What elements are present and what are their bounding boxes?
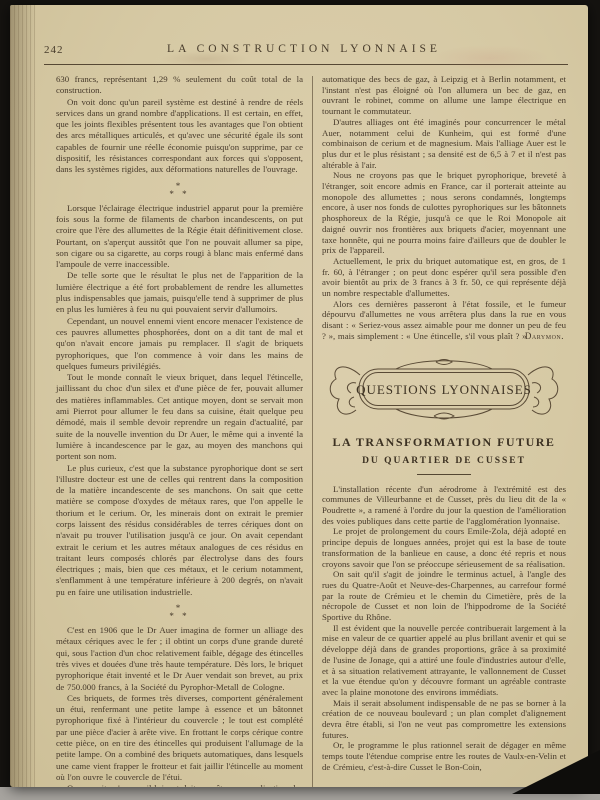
paragraph: 630 francs, représentant 1,29 % seulemen… xyxy=(56,74,303,97)
paragraph: Lorsque l'éclairage électrique industrie… xyxy=(56,203,303,271)
paragraph: On conçoit qu'un pareil briquet doit se … xyxy=(56,783,303,787)
article-subheadline: DU QUARTIER DE CUSSET xyxy=(322,456,566,466)
banner-left-curls xyxy=(347,382,356,406)
book-page-edges xyxy=(10,5,36,787)
paragraph: C'est en 1906 que le Dr Auer imagina de … xyxy=(56,625,303,693)
article-headline: LA TRANSFORMATION FUTURE xyxy=(322,435,566,450)
headline-rule xyxy=(417,474,471,475)
banner-title: QUESTIONS LYONNAISES xyxy=(356,382,532,397)
desk-surface xyxy=(0,787,600,800)
journal-title: LA CONSTRUCTION LYONNAISE xyxy=(44,43,564,55)
paragraph: automatique des becs de gaz, à Leipzig e… xyxy=(322,74,566,117)
paragraph: Tout le monde connaît le vieux briquet, … xyxy=(56,372,303,462)
paragraph: On sait qu'il s'agit de joindre le termi… xyxy=(322,569,566,623)
paragraph: Mais il serait absolument indispensable … xyxy=(322,698,566,741)
asterism-divider: * * * xyxy=(56,182,303,198)
left-column: 630 francs, représentant 1,29 % seulemen… xyxy=(56,74,303,787)
banner-right-curls xyxy=(532,382,541,406)
paragraph: On voit donc qu'un pareil système est de… xyxy=(56,97,303,176)
paragraph: L'installation récente d'un aérodrome à … xyxy=(322,484,566,527)
article-headline-block: LA TRANSFORMATION FUTURE DU QUARTIER DE … xyxy=(322,435,566,475)
paragraph: Actuellement, le prix du briquet automat… xyxy=(322,256,566,299)
paragraph: Or, le programme le plus rationnel serai… xyxy=(322,740,566,772)
right-column: automatique des becs de gaz, à Leipzig e… xyxy=(322,74,566,787)
paragraph: Nous ne croyons pas que le briquet pyrop… xyxy=(322,170,566,256)
asterism-divider: * * * xyxy=(56,604,303,620)
scanned-journal-page: 242 LA CONSTRUCTION LYONNAISE 630 francs… xyxy=(10,5,588,787)
text-columns: 630 francs, représentant 1,29 % seulemen… xyxy=(56,74,566,787)
asterism-bottom: * * xyxy=(56,190,303,198)
paragraph: Il est évident que la nouvelle percée co… xyxy=(322,623,566,698)
paragraph: Cependant, un nouvel ennemi vient encore… xyxy=(56,316,303,372)
paragraph: De telle sorte que le résultat le plus n… xyxy=(56,270,303,315)
paragraph: Ces briquets, de formes très diverses, c… xyxy=(56,693,303,783)
asterism-bottom: * * xyxy=(56,612,303,620)
banner-right-flourish xyxy=(528,366,558,413)
paragraph: D'autres alliages ont été imaginés pour … xyxy=(322,117,566,171)
paragraph: Le projet de prolongement du cours Emile… xyxy=(322,526,566,569)
header-rule xyxy=(44,64,568,65)
page-header: 242 LA CONSTRUCTION LYONNAISE xyxy=(44,43,564,59)
paragraph: Le plus curieux, c'est que la substance … xyxy=(56,463,303,599)
column-divider-rule xyxy=(312,76,313,787)
questions-lyonnaises-ornamental-banner: QUESTIONS LYONNAISES xyxy=(326,353,562,425)
